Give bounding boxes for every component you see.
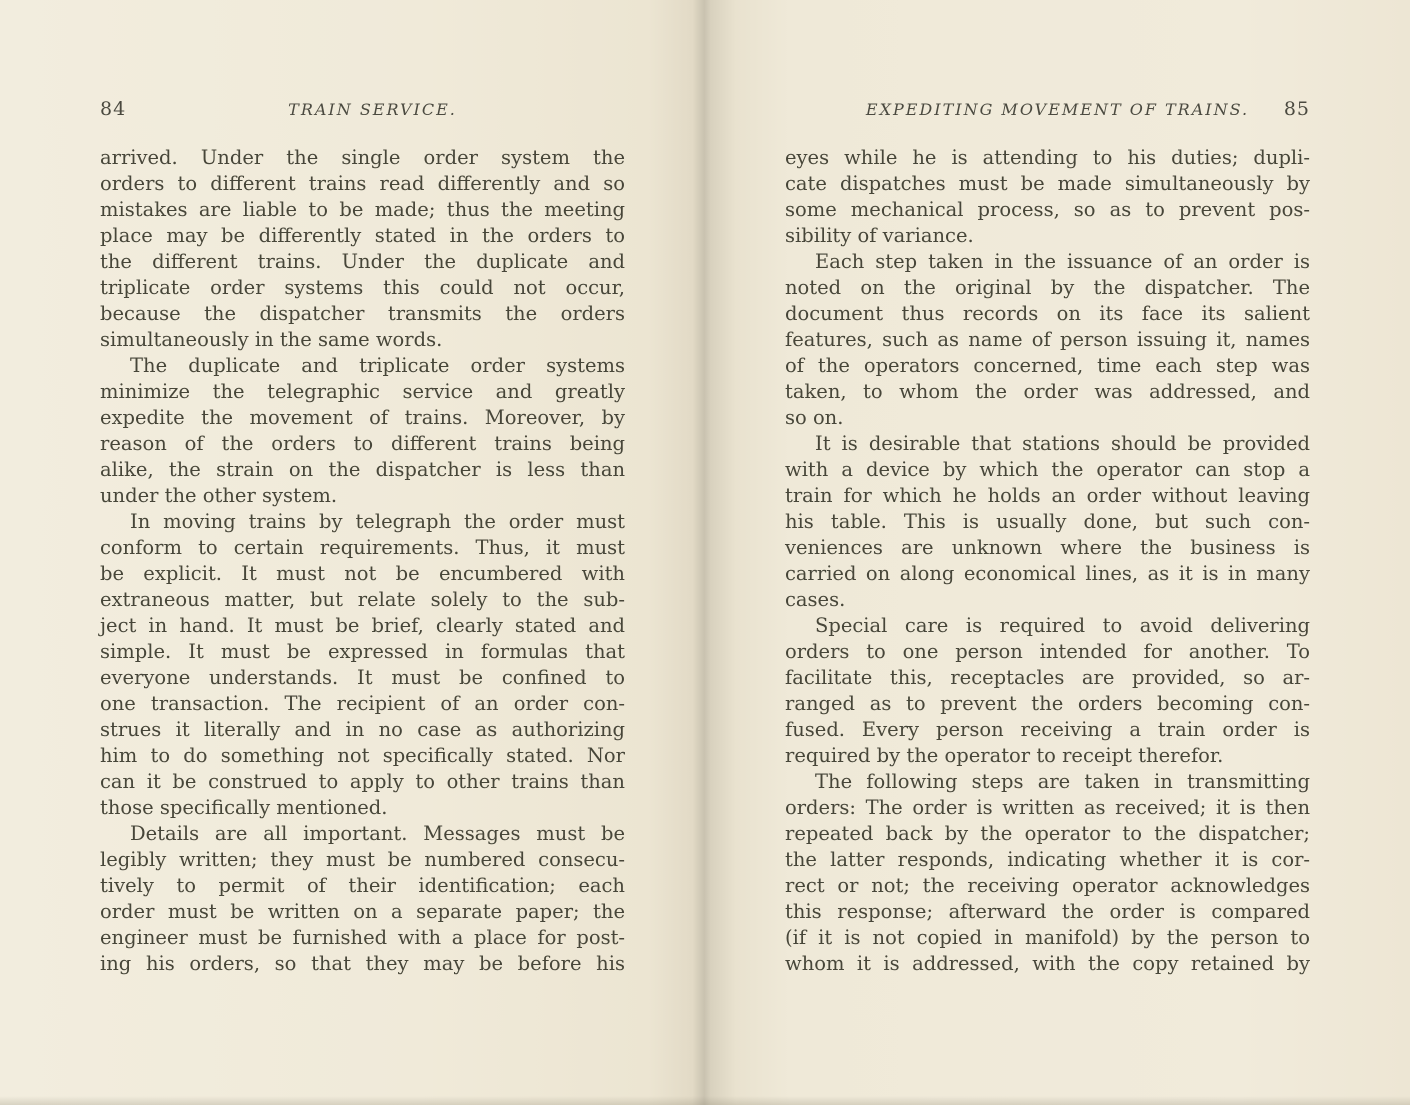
text-line: simple. It must be expressed in formulas… xyxy=(100,639,625,665)
text-line: one transaction. The recipient of an ord… xyxy=(100,691,625,717)
text-line: (if it is not copied in manifold) by the… xyxy=(785,925,1310,951)
book-spread: 84 TRAIN SERVICE. arrived. Under the sin… xyxy=(0,0,1410,1105)
paragraph: The duplicate and triplicate order syste… xyxy=(100,353,625,509)
text-line: The following steps are taken in transmi… xyxy=(785,769,1310,795)
text-line: fused. Every person receiving a train or… xyxy=(785,717,1310,743)
text-line: the different trains. Under the duplicat… xyxy=(100,249,625,275)
text-line: document thus records on its face its sa… xyxy=(785,301,1310,327)
text-line: rect or not; the receiving operator ackn… xyxy=(785,873,1310,899)
text-line: It is desirable that stations should be … xyxy=(785,431,1310,457)
text-line: so on. xyxy=(785,405,1310,431)
right-page-header: EXPEDITING MOVEMENT OF TRAINS. 85 xyxy=(705,98,1410,122)
text-line: reason of the orders to different trains… xyxy=(100,431,625,457)
text-line: of the operators concerned, time each st… xyxy=(785,353,1310,379)
text-line: expedite the movement of trains. Moreove… xyxy=(100,405,625,431)
text-line: ject in hand. It must be brief, clearly … xyxy=(100,613,625,639)
left-page: 84 TRAIN SERVICE. arrived. Under the sin… xyxy=(0,0,705,1105)
text-line: orders to different trains read differen… xyxy=(100,171,625,197)
text-line: place may be differently stated in the o… xyxy=(100,223,625,249)
text-line: The duplicate and triplicate order syste… xyxy=(100,353,625,379)
paragraph: Special care is required to avoid delive… xyxy=(785,613,1310,769)
text-line: him to do something not specifically sta… xyxy=(100,743,625,769)
text-line: taken, to whom the order was addressed, … xyxy=(785,379,1310,405)
text-line: the latter responds, indicating whether … xyxy=(785,847,1310,873)
text-line: cases. xyxy=(785,587,1310,613)
paragraph: eyes while he is attending to his duties… xyxy=(785,145,1310,249)
text-line: eyes while he is attending to his duties… xyxy=(785,145,1310,171)
text-line: carried on along economical lines, as it… xyxy=(785,561,1310,587)
text-line: cate dispatches must be made simultaneou… xyxy=(785,171,1310,197)
text-line: alike, the strain on the dispatcher is l… xyxy=(100,457,625,483)
right-page: EXPEDITING MOVEMENT OF TRAINS. 85 eyes w… xyxy=(705,0,1410,1105)
text-line: Details are all important. Messages must… xyxy=(100,821,625,847)
text-line: mistakes are liable to be made; thus the… xyxy=(100,197,625,223)
paragraph: Each step taken in the issuance of an or… xyxy=(785,249,1310,431)
paragraph: The following steps are taken in transmi… xyxy=(785,769,1310,977)
text-line: simultaneously in the same words. xyxy=(100,327,625,353)
text-line: everyone understands. It must be confine… xyxy=(100,665,625,691)
text-line: extraneous matter, but relate solely to … xyxy=(100,587,625,613)
text-line: Each step taken in the issuance of an or… xyxy=(785,249,1310,275)
text-line: engineer must be furnished with a place … xyxy=(100,925,625,951)
text-line: minimize the telegraphic service and gre… xyxy=(100,379,625,405)
text-line: features, such as name of person issuing… xyxy=(785,327,1310,353)
text-line: be explicit. It must not be encumbered w… xyxy=(100,561,625,587)
text-line: In moving trains by telegraph the order … xyxy=(100,509,625,535)
text-line: tively to permit of their identification… xyxy=(100,873,625,899)
text-line: conform to certain requirements. Thus, i… xyxy=(100,535,625,561)
paragraph: Details are all important. Messages must… xyxy=(100,821,625,977)
text-line: repeated back by the operator to the dis… xyxy=(785,821,1310,847)
left-page-header: 84 TRAIN SERVICE. xyxy=(0,98,705,122)
paragraph: It is desirable that stations should be … xyxy=(785,431,1310,613)
text-line: can it be construed to apply to other tr… xyxy=(100,769,625,795)
text-line: noted on the original by the dispatcher.… xyxy=(785,275,1310,301)
right-page-number: 85 xyxy=(1284,98,1310,120)
paragraph: In moving trains by telegraph the order … xyxy=(100,509,625,821)
text-line: under the other system. xyxy=(100,483,625,509)
text-line: orders: The order is written as received… xyxy=(785,795,1310,821)
text-line: ranged as to prevent the orders becoming… xyxy=(785,691,1310,717)
left-running-head: TRAIN SERVICE. xyxy=(0,100,725,119)
text-line: this response; afterward the order is co… xyxy=(785,899,1310,925)
text-line: ing his orders, so that they may be befo… xyxy=(100,951,625,977)
text-line: facilitate this, receptacles are provide… xyxy=(785,665,1310,691)
text-line: triplicate order systems this could not … xyxy=(100,275,625,301)
right-page-text: eyes while he is attending to his duties… xyxy=(785,145,1310,977)
text-line: because the dispatcher transmits the ord… xyxy=(100,301,625,327)
text-line: legibly written; they must be numbered c… xyxy=(100,847,625,873)
left-page-text: arrived. Under the single order system t… xyxy=(100,145,625,977)
text-line: arrived. Under the single order system t… xyxy=(100,145,625,171)
text-line: veniences are unknown where the business… xyxy=(785,535,1310,561)
paragraph: arrived. Under the single order system t… xyxy=(100,145,625,353)
text-line: sibility of variance. xyxy=(785,223,1310,249)
text-line: whom it is addressed, with the copy reta… xyxy=(785,951,1310,977)
text-line: required by the operator to receipt ther… xyxy=(785,743,1310,769)
text-line: some mechanical process, so as to preven… xyxy=(785,197,1310,223)
text-line: with a device by which the operator can … xyxy=(785,457,1310,483)
text-line: those specifically mentioned. xyxy=(100,795,625,821)
text-line: Special care is required to avoid delive… xyxy=(785,613,1310,639)
text-line: order must be written on a separate pape… xyxy=(100,899,625,925)
text-line: his table. This is usually done, but suc… xyxy=(785,509,1310,535)
text-line: strues it literally and in no case as au… xyxy=(100,717,625,743)
text-line: train for which he holds an order withou… xyxy=(785,483,1310,509)
text-line: orders to one person intended for anothe… xyxy=(785,639,1310,665)
